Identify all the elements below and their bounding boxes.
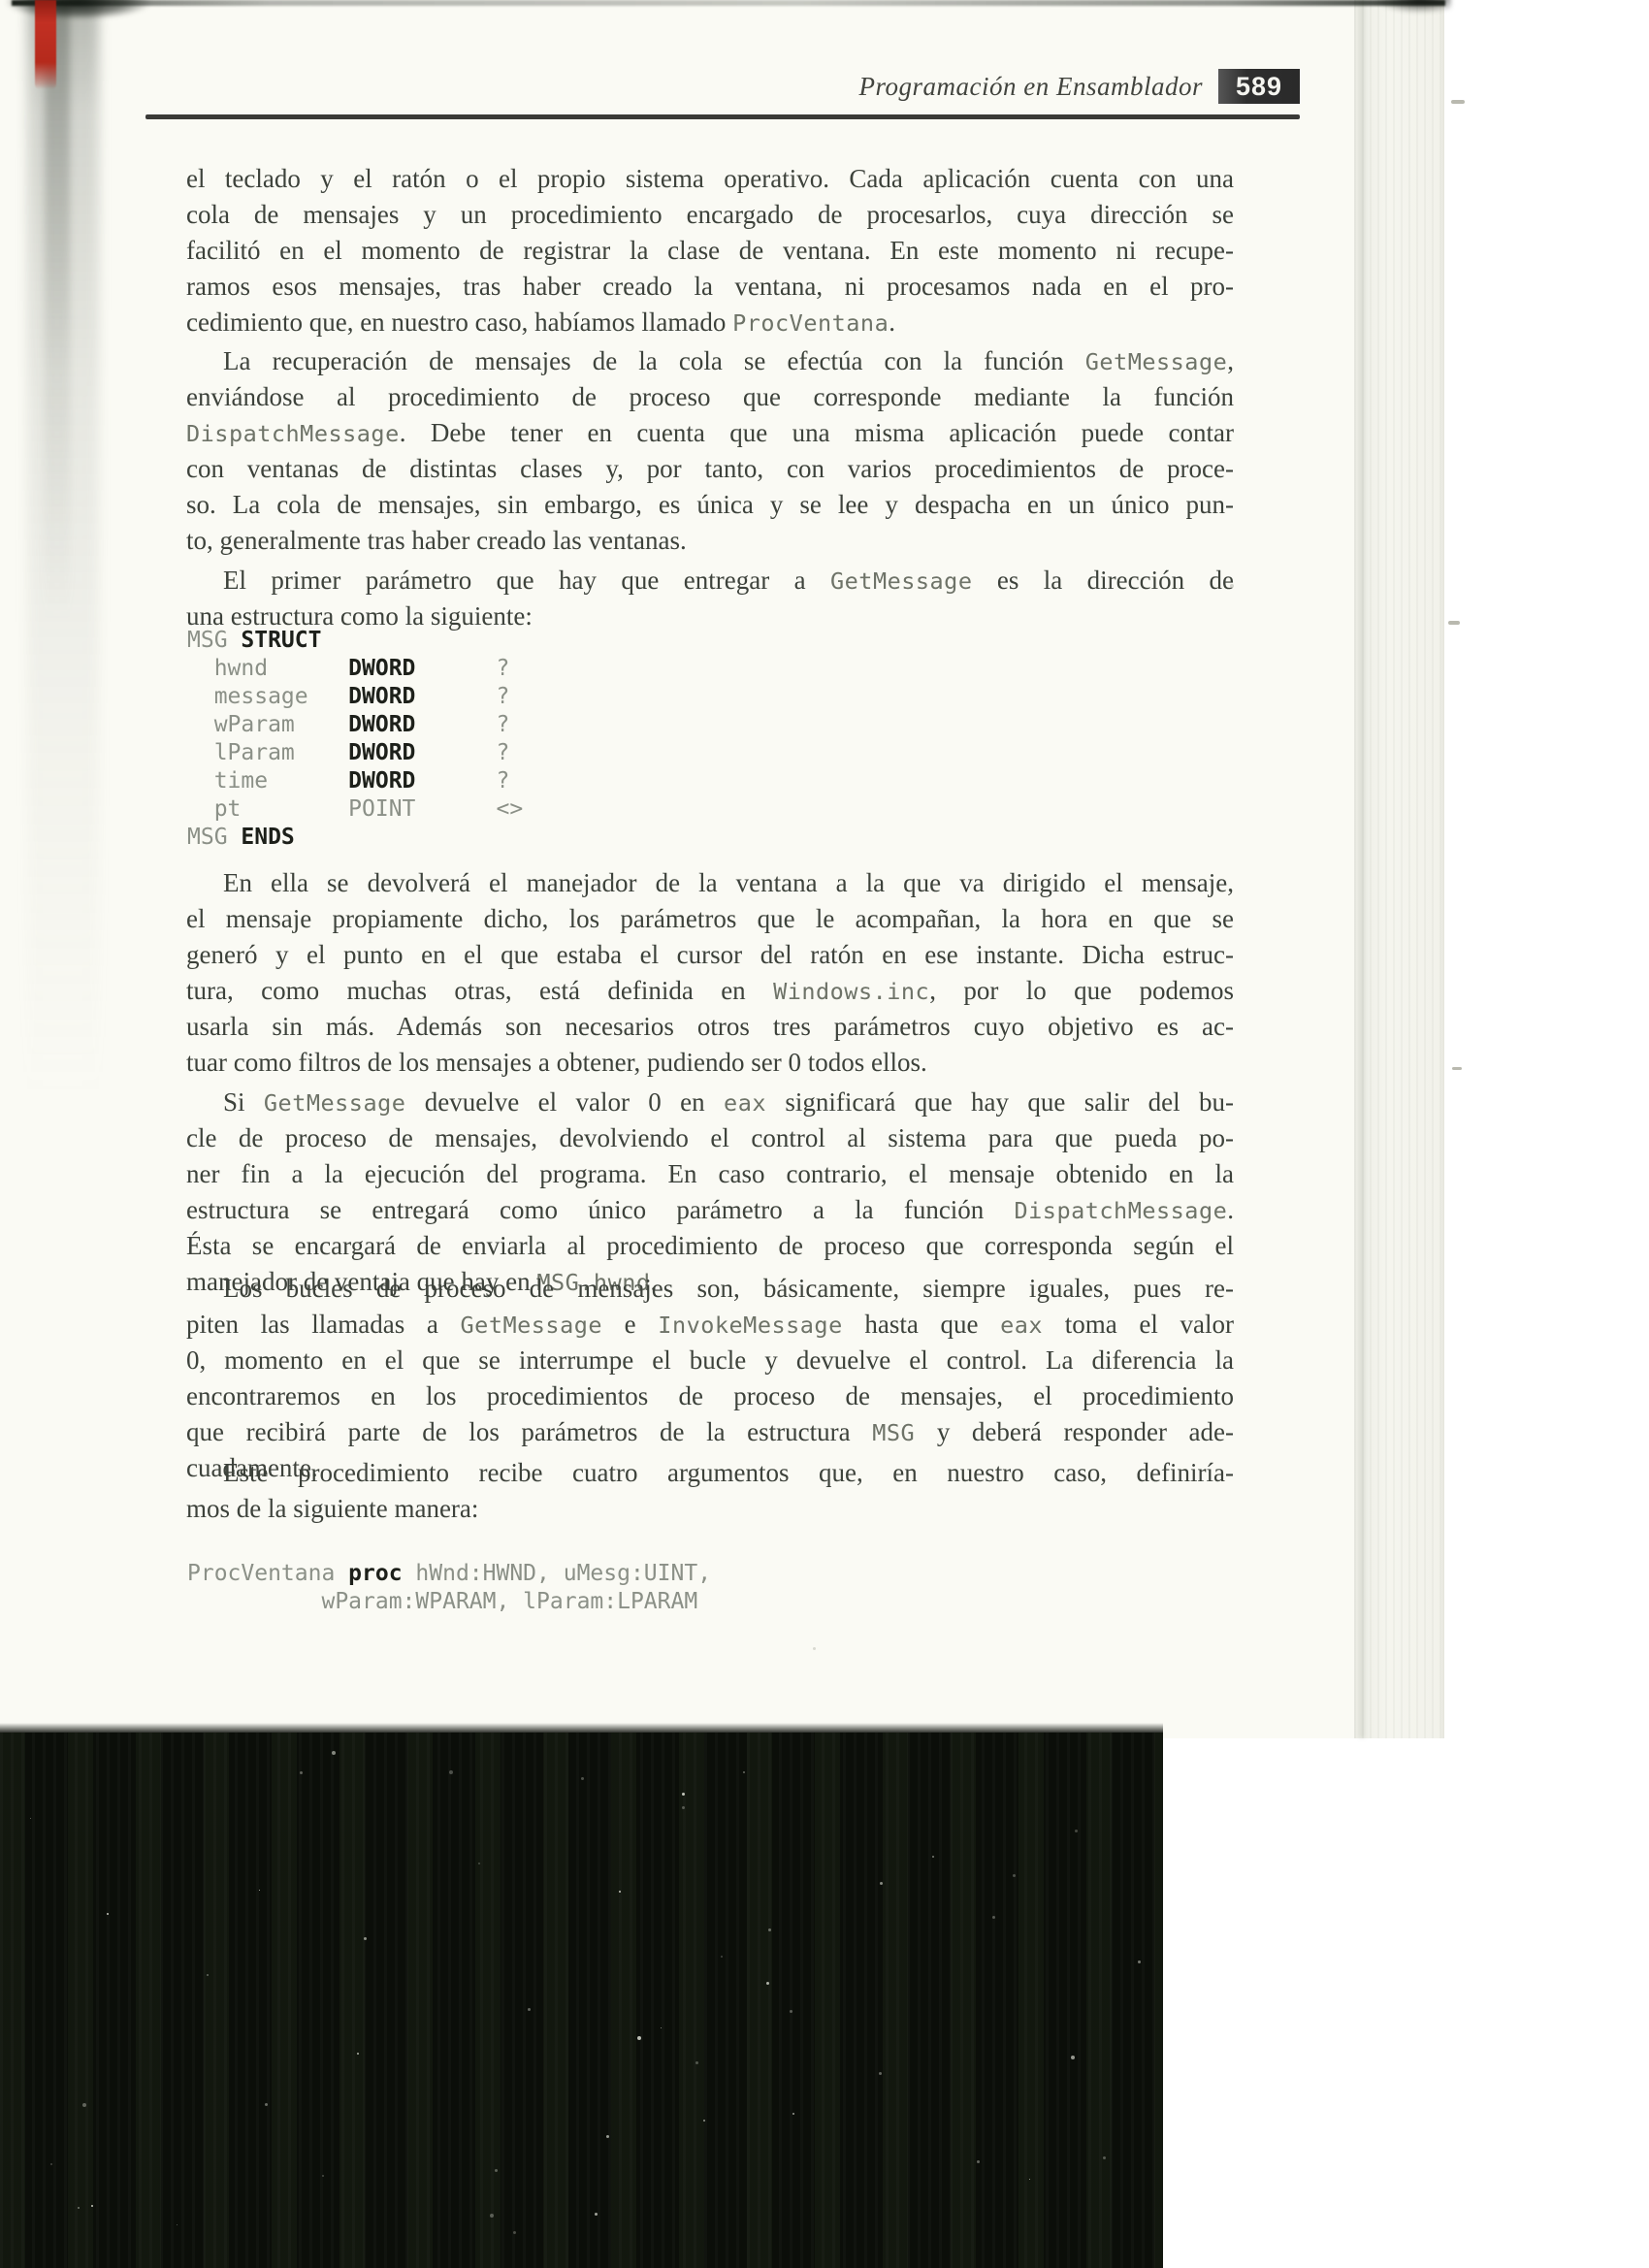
text-line: El primer parámetro que hay que entregar…: [186, 563, 1234, 599]
text-line: 0, momento en el que se interrumpe el bu…: [186, 1343, 1234, 1378]
text-line: que recibirá parte de los parámetros de …: [186, 1414, 1234, 1450]
dust-speck: [1075, 1830, 1078, 1832]
text-line: La recuperación de mensajes de la cola s…: [186, 343, 1234, 379]
dust-speck: [879, 2072, 882, 2075]
text-line: con ventanas de distintas clases y, por …: [186, 451, 1234, 487]
text-line: ramos esos mensajes, tras haber creado l…: [186, 269, 1234, 305]
text-line: Los bucles de proceso de mensajes son, b…: [186, 1271, 1234, 1307]
dust-speck: [743, 1771, 745, 1773]
dust-speck: [977, 2160, 980, 2163]
dust-speck: [695, 2061, 698, 2064]
dust-speck: [619, 1891, 621, 1893]
dust-speck: [490, 2214, 494, 2218]
dust-speck: [682, 1793, 685, 1796]
dust-speck: [768, 1928, 771, 1931]
dust-speck: [30, 1818, 31, 1819]
scan-red-mark: [35, 0, 56, 89]
dust-speck: [478, 1863, 480, 1864]
dust-dot: [1230, 584, 1234, 588]
body-paragraph: En ella se devolverá el manejador de la …: [186, 865, 1234, 1081]
dust-mark: [1448, 621, 1460, 625]
text-line: tuar como filtros de los mensajes a obte…: [186, 1045, 1234, 1081]
text-line: MSG ENDS: [187, 824, 1254, 852]
body-paragraph: Si GetMessage devuelve el valor 0 en eax…: [186, 1085, 1234, 1300]
dust-speck: [364, 1937, 367, 1940]
body-paragraph: Este procedimiento recibe cuatro argumen…: [186, 1455, 1234, 1527]
dust-speck: [91, 2205, 93, 2207]
scan-top-edge-shadow: [12, 0, 1445, 6]
text-line: lParam DWORD ?: [187, 739, 1254, 767]
dust-speck: [265, 2103, 268, 2106]
dust-speck: [495, 2169, 498, 2172]
text-line: usarla sin más. Además son necesarios ot…: [186, 1009, 1234, 1045]
dust-speck: [107, 1913, 109, 1915]
scan-top-right-wedge: [1374, 0, 1451, 14]
dust-mark: [1451, 100, 1465, 104]
dust-speck: [661, 2027, 662, 2028]
body-paragraph: El primer parámetro que hay que entregar…: [186, 563, 1234, 634]
text-line: hwnd DWORD ?: [187, 655, 1254, 683]
scan-left-shadow-core: [45, 0, 70, 621]
dust-speck: [322, 2175, 324, 2177]
text-line: DispatchMessage. Debe tener en cuenta qu…: [186, 415, 1234, 451]
text-line: enviándose al procedimiento de proceso q…: [186, 379, 1234, 415]
dust-dot: [813, 1647, 816, 1650]
text-line: Este procedimiento recibe cuatro argumen…: [186, 1455, 1234, 1491]
dust-speck: [792, 2113, 794, 2115]
dust-speck: [880, 1882, 883, 1885]
text-line: encontraremos en los procedimientos de p…: [186, 1378, 1234, 1414]
dust-speck: [332, 1751, 336, 1755]
text-line: cle de proceso de mensajes, devolviendo …: [186, 1120, 1234, 1156]
dust-speck: [78, 2207, 80, 2209]
dust-speck: [1103, 2156, 1106, 2159]
text-line: el mensaje propiamente dicho, los paráme…: [186, 901, 1234, 937]
dust-mark: [1452, 1067, 1462, 1070]
dust-speck: [357, 2053, 359, 2055]
text-line: so. La cola de mensajes, sin embargo, es…: [186, 487, 1234, 523]
scanned-book-page: Programación en Ensamblador 589 el tecla…: [0, 0, 1649, 2268]
dust-speck: [1071, 2056, 1075, 2059]
text-line: facilitó en el momento de registrar la c…: [186, 233, 1234, 269]
page-number-badge: 589: [1218, 69, 1300, 104]
text-line: ProcVentana proc hWnd:HWND, uMesg:UINT,: [187, 1560, 1254, 1588]
dust-speck: [259, 1890, 260, 1891]
text-line: wParam DWORD ?: [187, 711, 1254, 739]
dust-speck: [528, 2008, 531, 2011]
text-line: MSG STRUCT: [187, 627, 1254, 655]
scan-top-left-blob: [6, 0, 151, 19]
running-title: Programación en Ensamblador: [621, 72, 1203, 102]
dust-speck: [1138, 1960, 1141, 1963]
text-line: tura, como muchas otras, está definida e…: [186, 973, 1234, 1009]
header-rule: [145, 114, 1300, 119]
dust-speck: [300, 1771, 303, 1774]
text-line: wParam:WPARAM, lParam:LPARAM: [187, 1588, 1254, 1616]
body-paragraph: el teclado y el ratón o el propio sistem…: [186, 161, 1234, 340]
text-line: pt POINT <>: [187, 795, 1254, 824]
dust-speck: [992, 1916, 995, 1919]
dust-speck: [932, 1856, 934, 1858]
text-line: Ésta se encargará de enviarla al procedi…: [186, 1228, 1234, 1264]
scan-black-band: [0, 1733, 1163, 2268]
body-paragraph: La recuperación de mensajes de la cola s…: [186, 343, 1234, 559]
dust-dot: [610, 879, 613, 882]
text-line: ner fin a la ejecución del programa. En …: [186, 1156, 1234, 1192]
text-line: estructura se entregará como único parám…: [186, 1192, 1234, 1228]
text-line: piten las llamadas a GetMessage e Invoke…: [186, 1307, 1234, 1343]
dust-speck: [682, 1806, 685, 1809]
code-block: ProcVentana proc hWnd:HWND, uMesg:UINT, …: [187, 1560, 1254, 1616]
text-line: generó y el punto en el que estaba el cu…: [186, 937, 1234, 973]
dust-speck: [606, 2135, 609, 2138]
text-line: time DWORD ?: [187, 767, 1254, 795]
page-curl-line: [1359, 0, 1365, 1738]
text-line: cedimiento que, en nuestro caso, habíamo…: [186, 305, 1234, 340]
text-line: cola de mensajes y un procedimiento enca…: [186, 197, 1234, 233]
text-line: el teclado y el ratón o el propio sistem…: [186, 161, 1234, 197]
dust-speck: [513, 2231, 516, 2234]
dust-speck: [703, 2120, 705, 2122]
dust-speck: [766, 1982, 769, 1985]
dust-speck: [637, 2036, 641, 2040]
page-curl-shadow: [1354, 0, 1444, 1738]
dust-speck: [449, 1770, 453, 1774]
dust-speck: [50, 2163, 52, 2165]
text-line: En ella se devolverá el manejador de la …: [186, 865, 1234, 901]
dust-speck: [82, 2103, 86, 2107]
text-line: message DWORD ?: [187, 683, 1254, 711]
dust-speck: [721, 1956, 723, 1958]
dust-speck: [595, 2213, 598, 2216]
code-block: MSG STRUCT hwnd DWORD ? message DWORD ? …: [187, 627, 1254, 852]
text-line: mos de la siguiente manera:: [186, 1491, 1234, 1527]
dust-speck: [207, 1974, 209, 1976]
dust-speck: [790, 2010, 792, 2013]
dust-speck: [1013, 1874, 1016, 1877]
dust-speck: [177, 2224, 178, 2225]
body-paragraph: Los bucles de proceso de mensajes son, b…: [186, 1271, 1234, 1486]
text-line: Si GetMessage devuelve el valor 0 en eax…: [186, 1085, 1234, 1120]
dust-speck: [581, 1777, 584, 1780]
dust-speck: [1029, 2179, 1030, 2180]
text-line: to, generalmente tras haber creado las v…: [186, 523, 1234, 559]
